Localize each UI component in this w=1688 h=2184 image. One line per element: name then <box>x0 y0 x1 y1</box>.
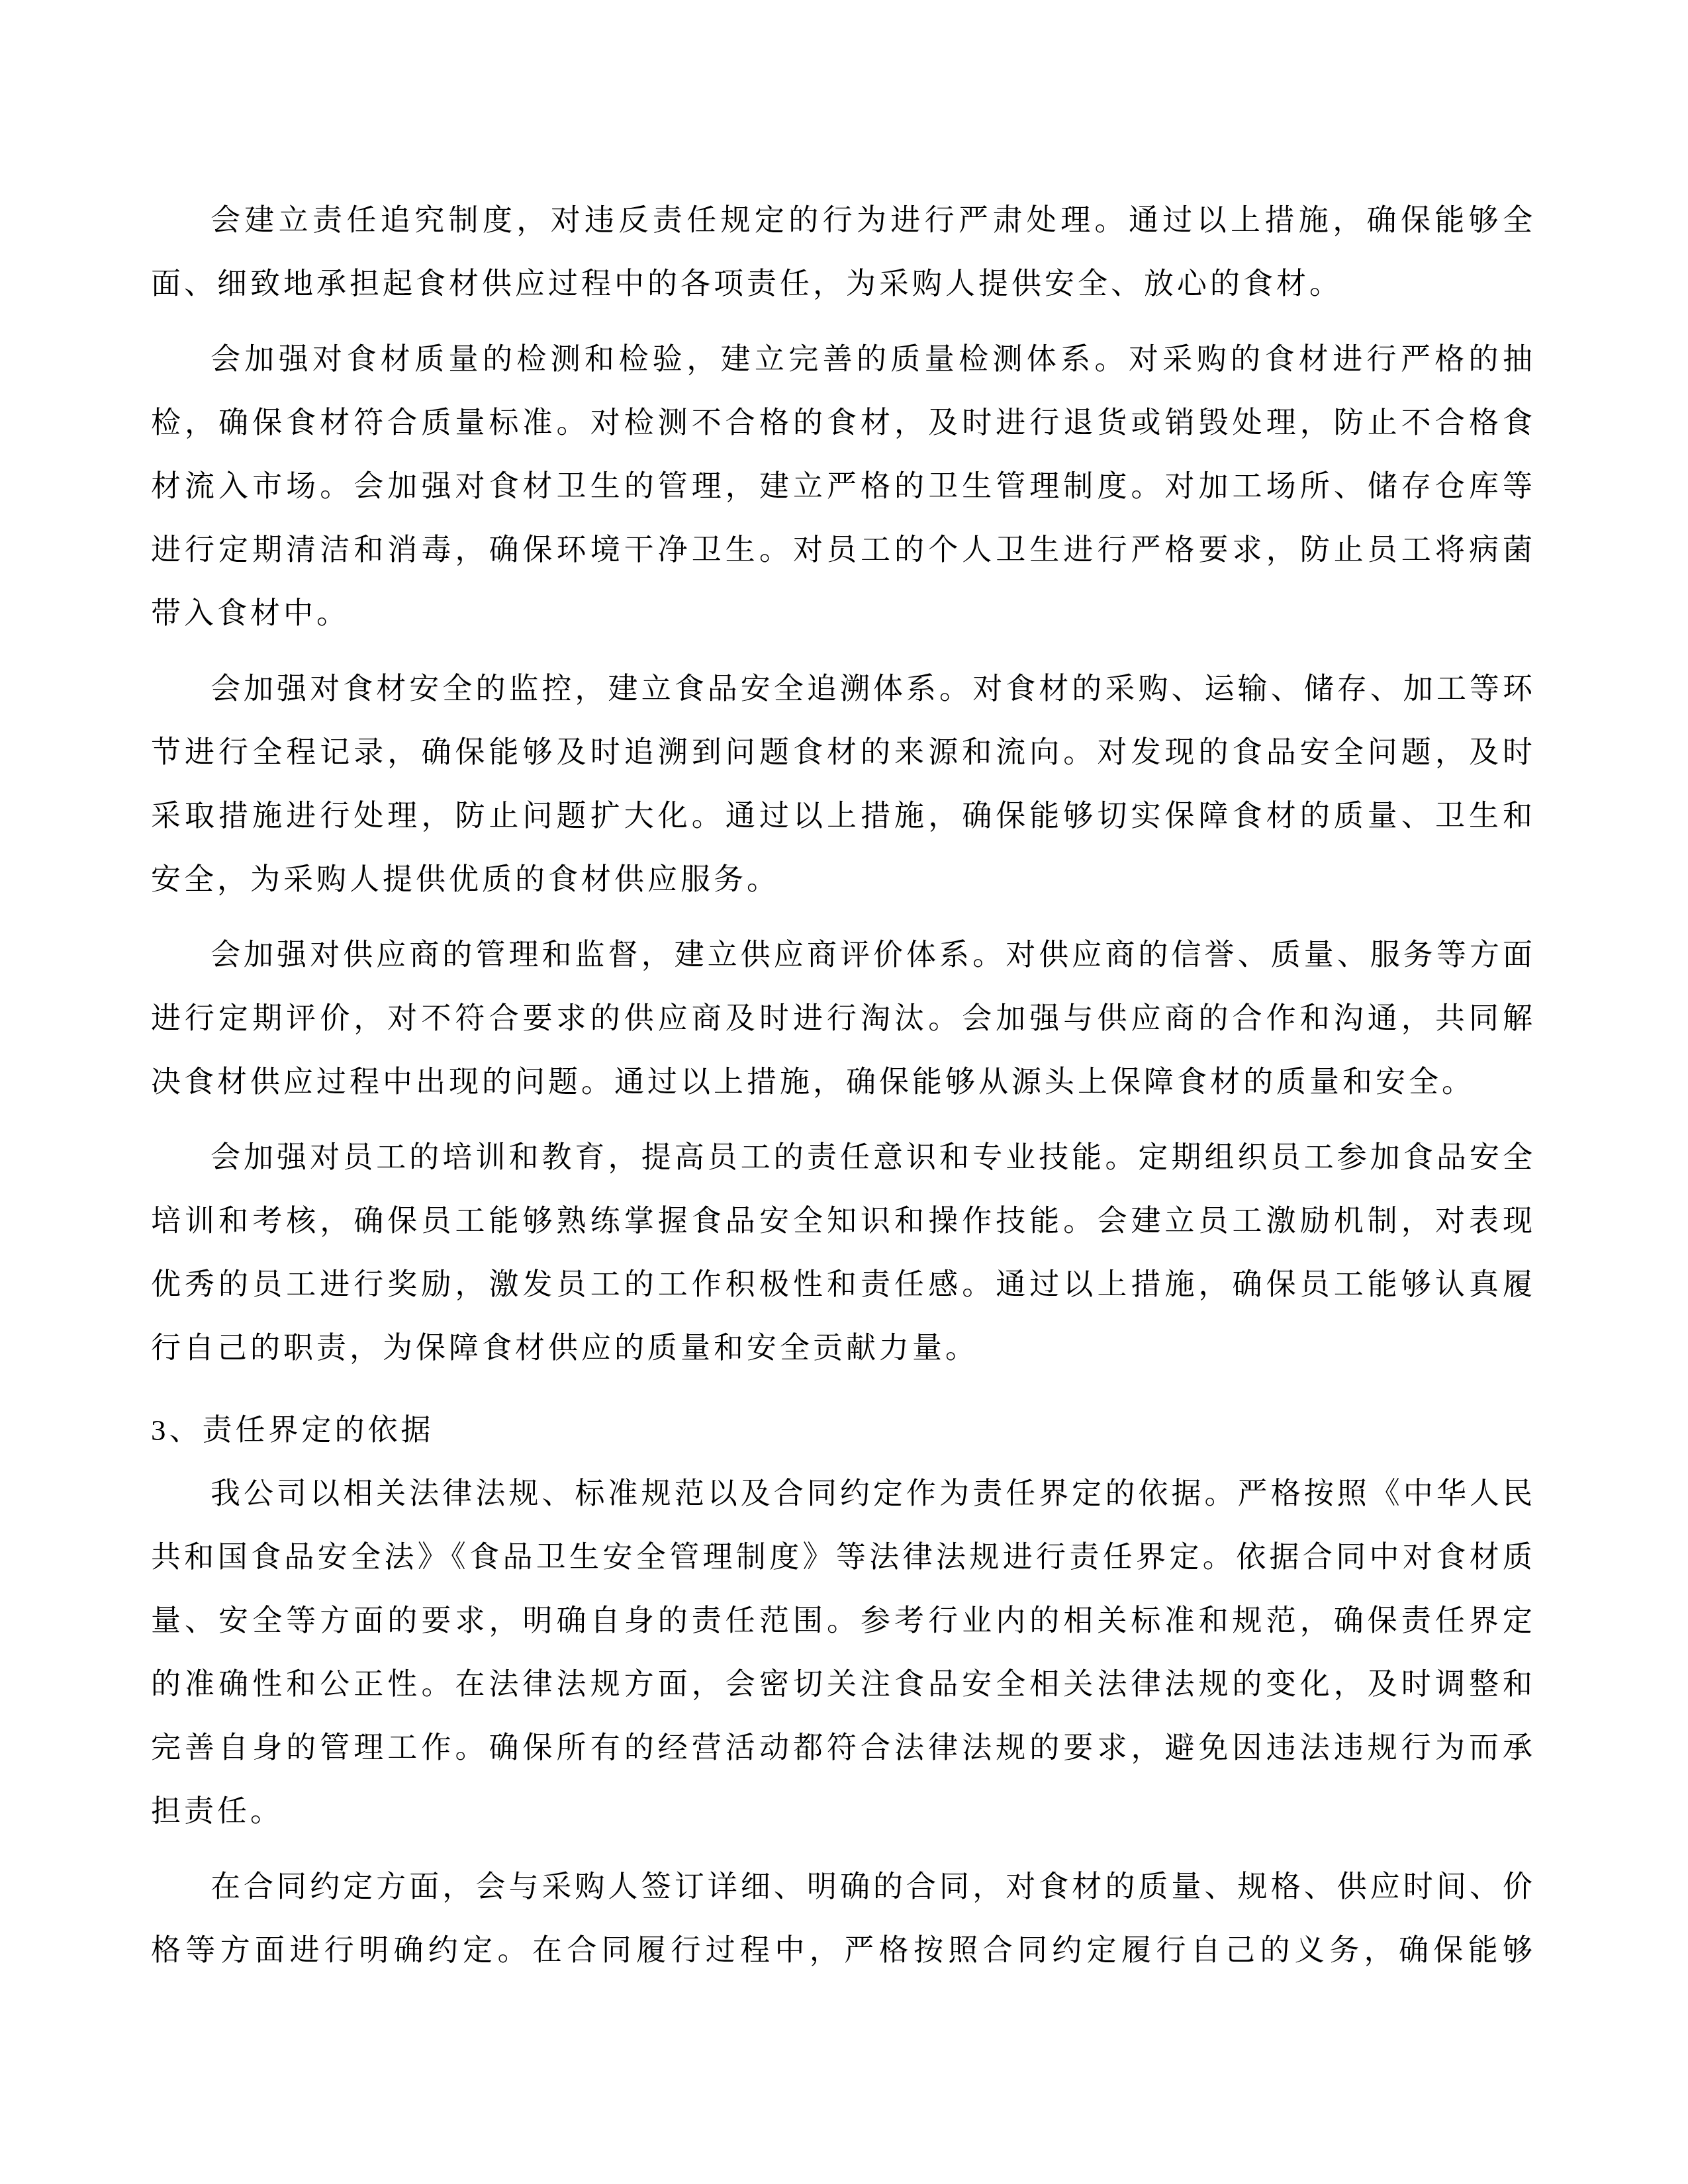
document-page: { "page": { "background_color": "#ffffff… <box>0 0 1688 2184</box>
para-safety-traceability: 会加强对食材安全的监控，建立食品安全追溯体系。对食材的采购、运输、储存、加工等环… <box>151 657 1536 911</box>
section-heading-responsibility-basis: 3、责任界定的依据 <box>151 1398 1536 1462</box>
document-body-text: 会建立责任追究制度，对违反责任规定的行为进行严肃处理。通过以上措施，确保能够全面… <box>151 189 1536 1982</box>
para-legal-basis: 我公司以相关法律法规、标准规范以及合同约定作为责任界定的依据。严格按照《中华人民… <box>151 1462 1536 1843</box>
para-supplier-management: 会加强对供应商的管理和监督，建立供应商评价体系。对供应商的信誉、质量、服务等方面… <box>151 923 1536 1114</box>
para-accountability-system: 会建立责任追究制度，对违反责任规定的行为进行严肃处理。通过以上措施，确保能够全面… <box>151 189 1536 316</box>
page-background: 会建立责任追究制度，对违反责任规定的行为进行严肃处理。通过以上措施，确保能够全面… <box>0 0 1688 2184</box>
para-contract-terms: 在合同约定方面，会与采购人签订详细、明确的合同，对食材的质量、规格、供应时间、价… <box>151 1855 1536 1982</box>
para-quality-inspection: 会加强对食材质量的检测和检验，建立完善的质量检测体系。对采购的食材进行严格的抽检… <box>151 328 1536 645</box>
para-staff-training: 会加强对员工的培训和教育，提高员工的责任意识和专业技能。定期组织员工参加食品安全… <box>151 1126 1536 1380</box>
